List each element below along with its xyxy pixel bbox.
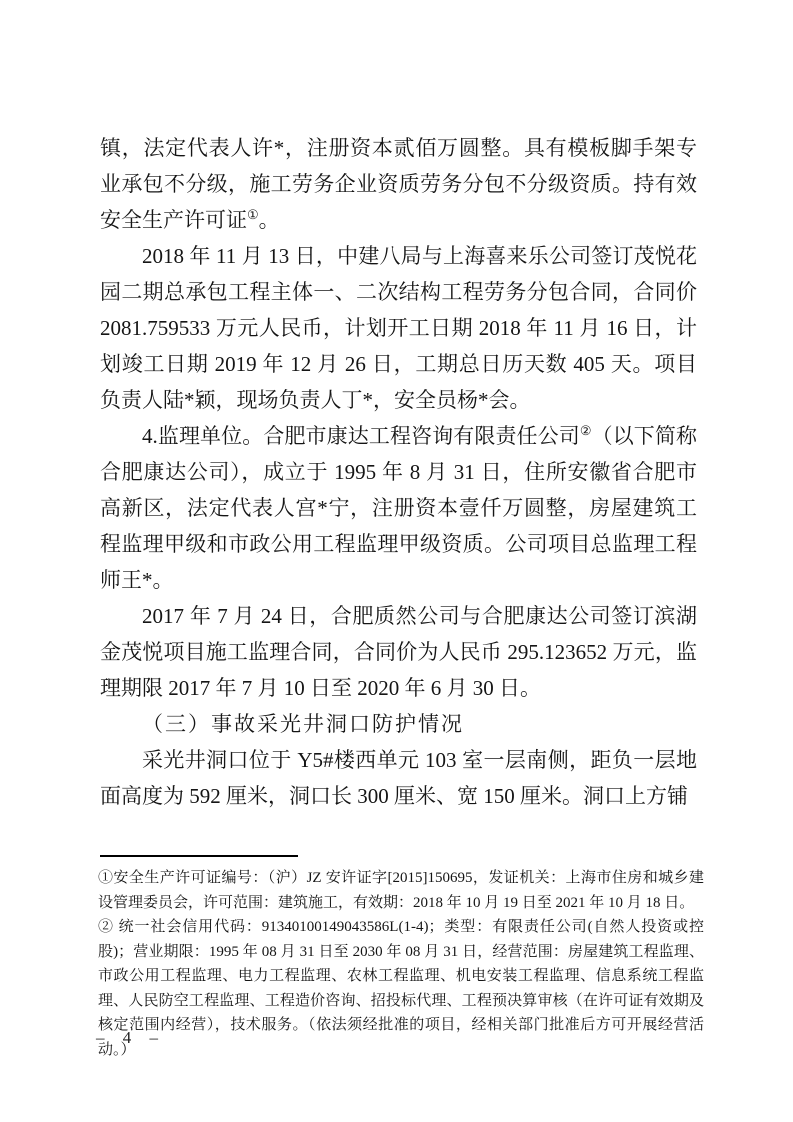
footnotes-section: ①安全生产许可证编号：（沪）JZ 安许证字[2015]150695，发证机关：上… xyxy=(98,855,704,1062)
paragraph-contractor-qualification: 镇，法定代表人许*，注册资本贰佰万圆整。具有模板脚手架专业承包不分级，施工劳务企… xyxy=(100,130,697,238)
paragraph-text: 镇，法定代表人许*，注册资本贰佰万圆整。具有模板脚手架专业承包不分级，施工劳务企… xyxy=(100,136,697,232)
paragraph-text: 。 xyxy=(259,208,280,232)
footnote-1: ①安全生产许可证编号：（沪）JZ 安许证字[2015]150695，发证机关：上… xyxy=(98,866,704,915)
paragraph-text: 4.监理单位。合肥市康达工程咨询有限责任公司 xyxy=(142,424,580,448)
paragraph-supervision-unit: 4.监理单位。合肥市康达工程咨询有限责任公司②（以下简称合肥康达公司），成立于 … xyxy=(100,418,697,598)
document-page: 镇，法定代表人许*，注册资本贰佰万圆整。具有模板脚手架专业承包不分级，施工劳务企… xyxy=(0,0,793,1122)
footnote-ref-1: ① xyxy=(247,207,259,222)
paragraph-text: （以下简称合肥康达公司），成立于 1995 年 8 月 31 日，住所安徽省合肥… xyxy=(100,424,697,592)
paragraph-skylight-opening: 采光井洞口位于 Y5#楼西单元 103 室一层南侧，距负一层地面高度为 592 … xyxy=(100,742,697,814)
paragraph-labor-contract: 2018 年 11 月 13 日，中建八局与上海喜来乐公司签订茂悦花园二期总承包… xyxy=(100,238,697,418)
section-heading-skylight-protection: （三）事故采光井洞口防护情况 xyxy=(100,706,697,742)
footnote-2: ② 统一社会信用代码：91340100149043586L(1-4)；类型：有限… xyxy=(98,915,704,1062)
page-number: – 4 – xyxy=(96,1028,165,1048)
paragraph-supervision-contract: 2017 年 7 月 24 日，合肥质然公司与合肥康达公司签订滨湖金茂悦项目施工… xyxy=(100,598,697,706)
page-body: 镇，法定代表人许*，注册资本贰佰万圆整。具有模板脚手架专业承包不分级，施工劳务企… xyxy=(100,130,697,814)
footnote-separator xyxy=(100,855,298,857)
footnote-ref-2: ② xyxy=(580,423,592,438)
